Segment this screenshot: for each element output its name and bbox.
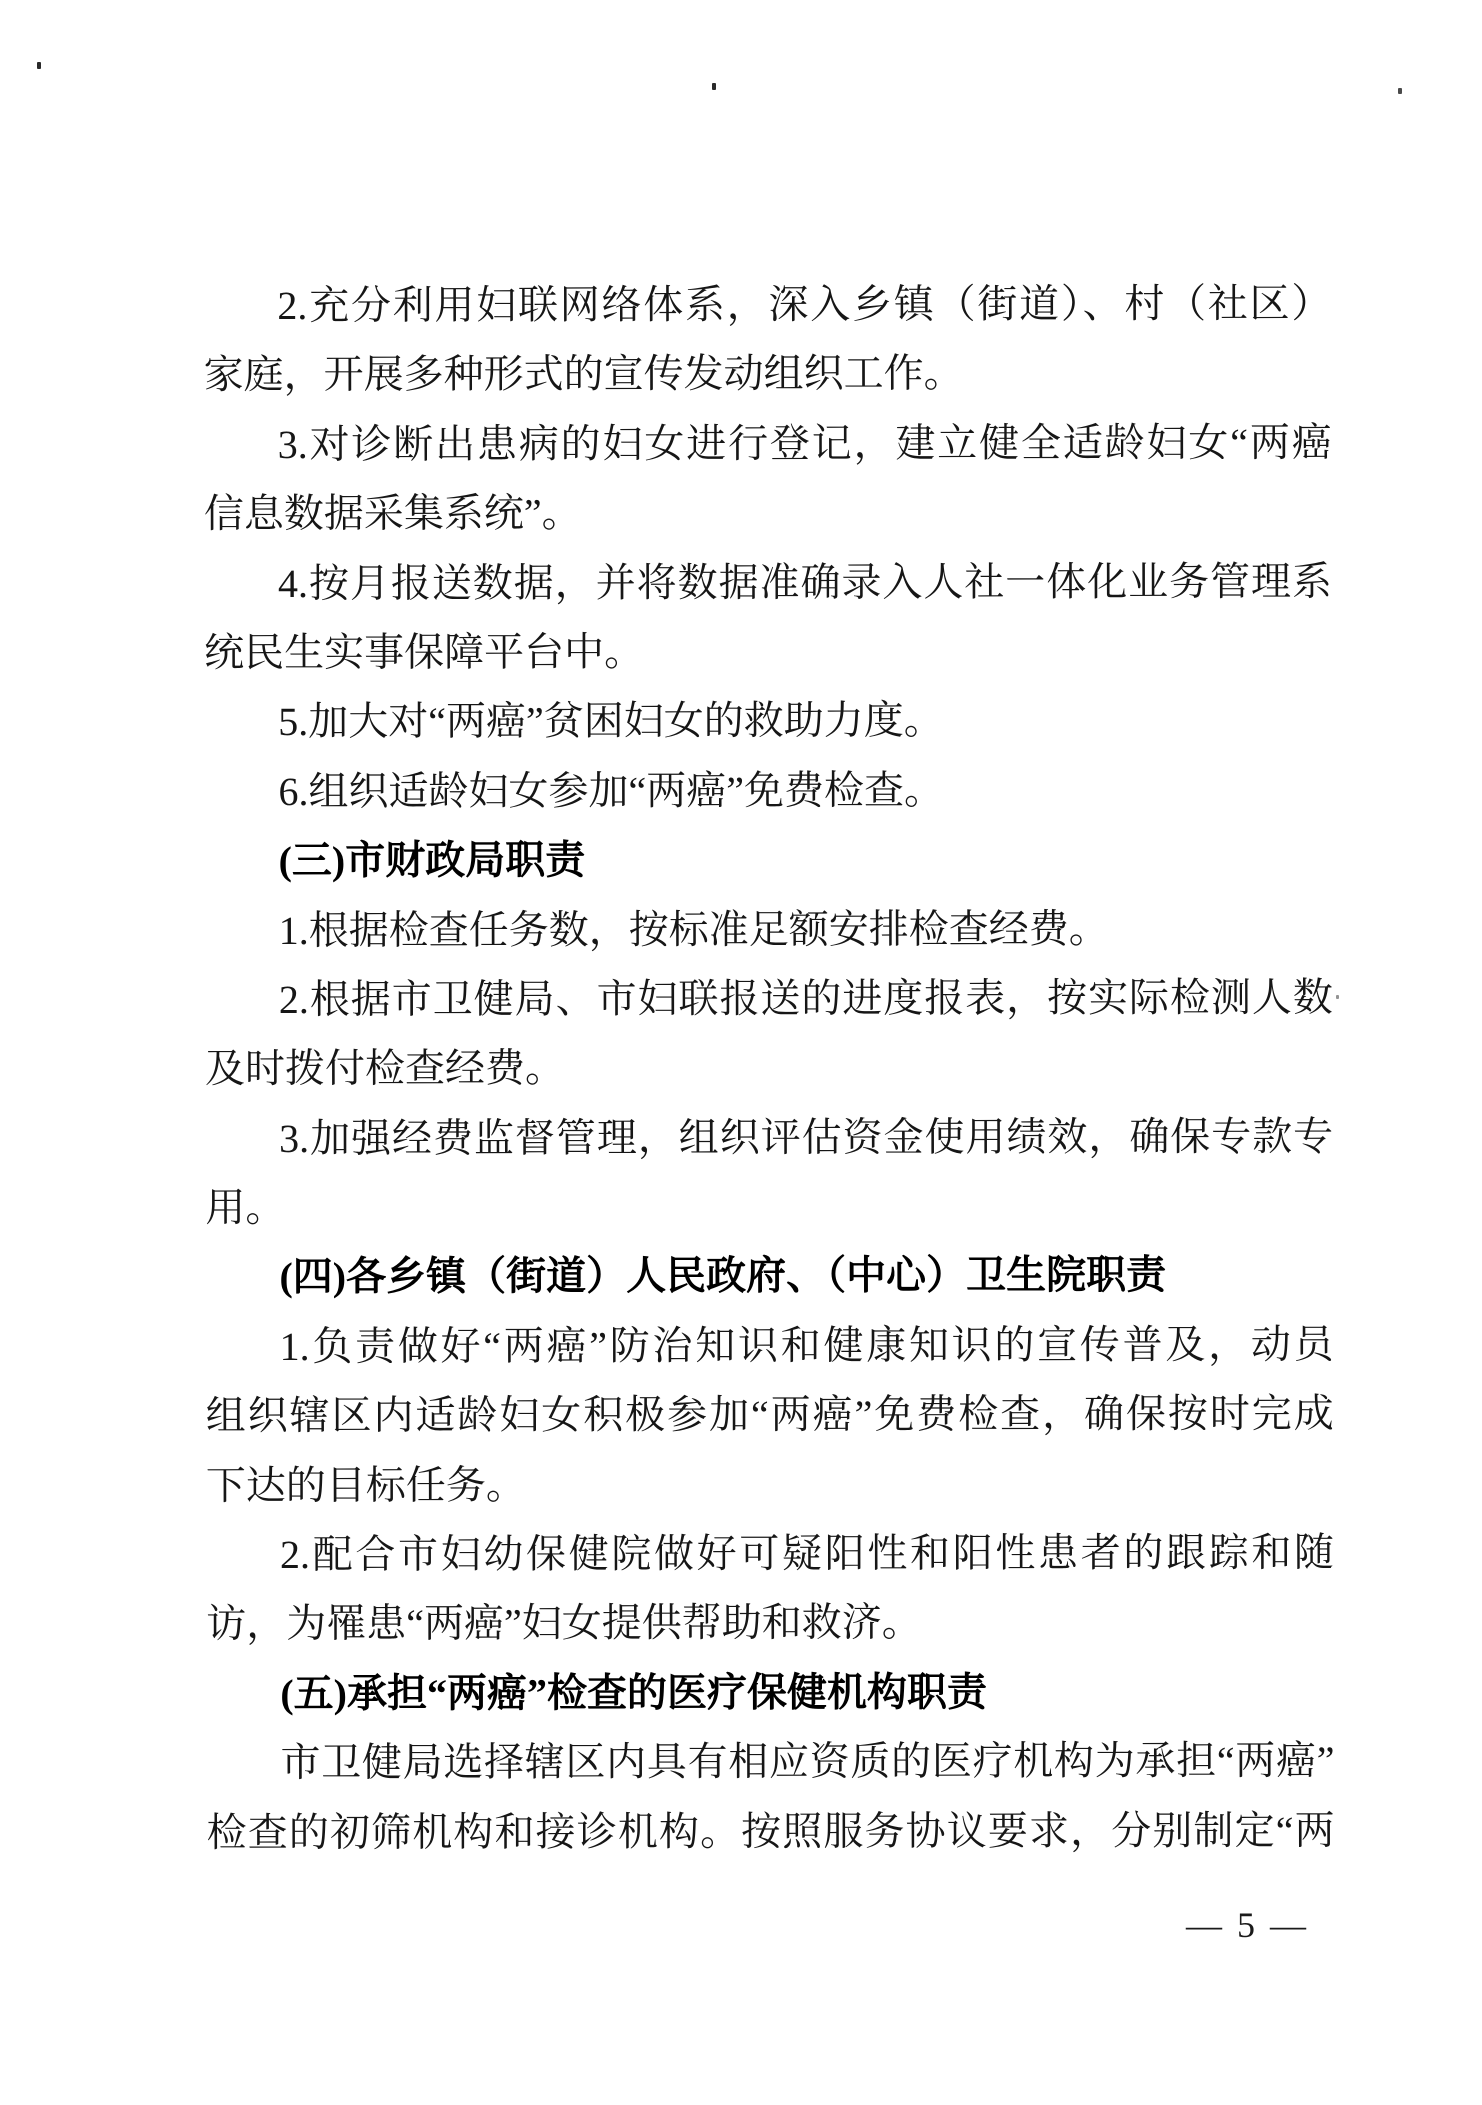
doc-line: 3.对诊断出患病的妇女进行登记，建立健全适龄妇女“两癌 (204, 408, 1332, 480)
doc-line: 检查的初筛机构和接诊机构。按照服务协议要求，分别制定“两 (207, 1795, 1335, 1867)
doc-line: 3.加强经费监督管理，组织评估资金使用绩效，确保专款专 (205, 1102, 1333, 1174)
doc-line: 用。 (205, 1171, 1333, 1243)
section-heading-5: (五)承担“两癌”检查的医疗保健机构职责 (206, 1657, 1334, 1729)
section-heading-4: (四)各乡镇（街道）人民政府、（中心）卫生院职责 (205, 1240, 1333, 1312)
doc-line: 2.充分利用妇联网络体系，深入乡镇（街道）、村（社区） (203, 269, 1331, 341)
doc-line: 信息数据采集系统”。 (204, 477, 1332, 549)
doc-line: 2.根据市卫健局、市妇联报送的进度报表，按实际检测人数 (205, 963, 1333, 1035)
page-number: — 5 — (1150, 1897, 1345, 1953)
document-page: 2.充分利用妇联网络体系，深入乡镇（街道）、村（社区） 家庭，开展多种形式的宣传… (0, 0, 1482, 2105)
doc-line: 家庭，开展多种形式的宣传发动组织工作。 (203, 338, 1331, 410)
doc-line: 4.按月报送数据，并将数据准确录入人社一体化业务管理系 (204, 546, 1332, 618)
scan-speck (1398, 88, 1402, 94)
doc-line: 2.配合市妇幼保健院做好可疑阳性和阳性患者的跟踪和随 (206, 1518, 1334, 1590)
doc-line: 1.根据检查任务数，按标准足额安排检查经费。 (205, 893, 1333, 965)
doc-line: 及时拨付检查经费。 (205, 1032, 1333, 1104)
doc-line: 市卫健局选择辖区内具有相应资质的医疗机构为承担“两癌” (206, 1726, 1334, 1798)
doc-line: 下达的目标任务。 (206, 1448, 1334, 1520)
scan-speck (1336, 995, 1339, 999)
doc-line: 1.负责做好“两癌”防治知识和健康知识的宣传普及，动员 (206, 1310, 1334, 1382)
scan-speck (712, 83, 716, 90)
scan-speck (37, 62, 41, 69)
doc-line: 统民生实事保障平台中。 (204, 616, 1332, 688)
doc-line: 5.加大对“两癌”贫困妇女的救助力度。 (204, 685, 1332, 757)
section-heading-3: (三)市财政局职责 (204, 824, 1332, 896)
doc-line: 组织辖区内适龄妇女积极参加“两癌”免费检查，确保按时完成 (206, 1379, 1334, 1451)
doc-line: 6.组织适龄妇女参加“两癌”免费检查。 (204, 755, 1332, 827)
doc-line: 访，为罹患“两癌”妇女提供帮助和救济。 (206, 1587, 1334, 1659)
document-body: 2.充分利用妇联网络体系，深入乡镇（街道）、村（社区） 家庭，开展多种形式的宣传… (203, 269, 1334, 1867)
